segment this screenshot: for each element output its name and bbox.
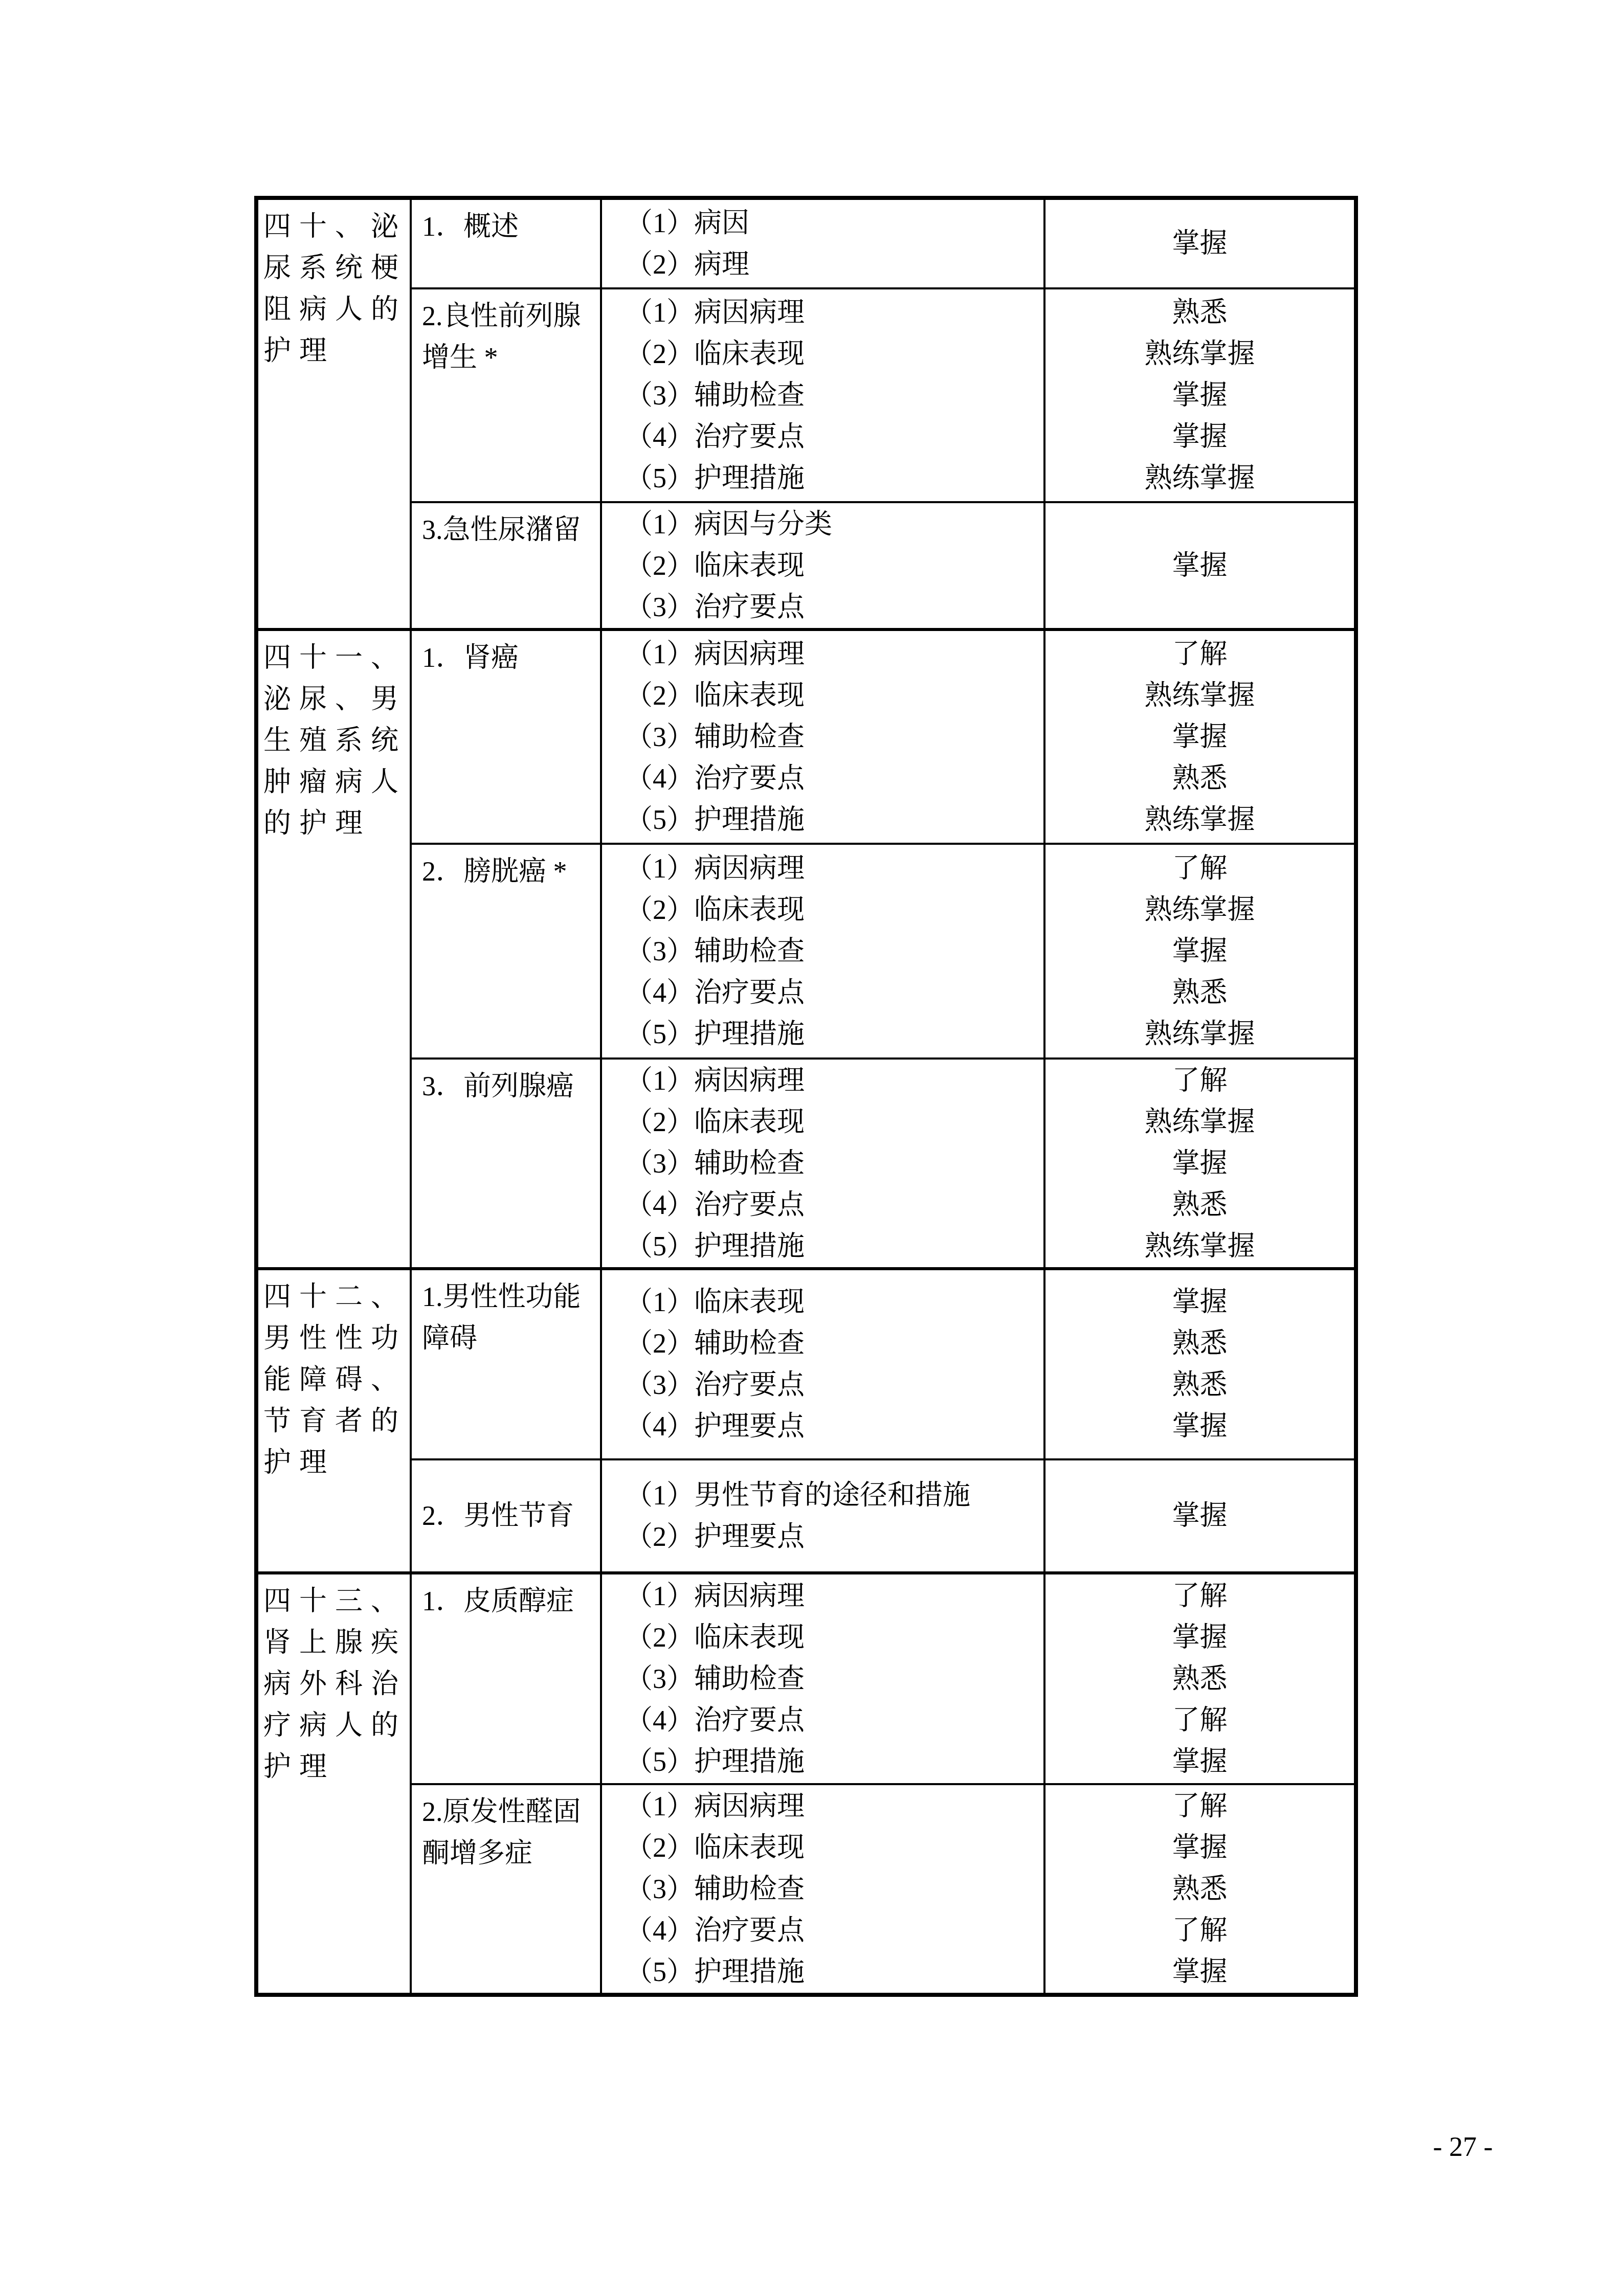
level-line: 掌握 bbox=[1045, 931, 1354, 972]
topic-cell: 2.良性前列腺增生 * bbox=[412, 289, 602, 501]
item-line: （4）治疗要点 bbox=[625, 972, 1038, 1014]
item-line: （4）治疗要点 bbox=[625, 1700, 1038, 1741]
table-row: 2．男性节育 （1）男性节育的途径和措施 （2）护理要点 掌握 bbox=[412, 1458, 1354, 1571]
items-cell: （1）病因与分类 （2）临床表现 （3）治疗要点 bbox=[602, 503, 1045, 628]
item-line: （1）临床表现 bbox=[625, 1281, 1038, 1323]
level-cell: 了解 掌握 熟悉 了解 掌握 bbox=[1045, 1574, 1354, 1783]
level-line: 了解 bbox=[1045, 1786, 1354, 1827]
level-line: 熟悉 bbox=[1045, 1869, 1354, 1910]
table-row: 1．概述 （1）病因 （2）病理 掌握 bbox=[412, 200, 1354, 287]
level-line: 掌握 bbox=[1045, 716, 1354, 758]
items-cell: （1）临床表现 （2）辅助检查 （3）治疗要点 （4）护理要点 bbox=[602, 1270, 1045, 1458]
level-line: 熟练掌握 bbox=[1045, 675, 1354, 716]
table-row: 1.男性性功能障碍 （1）临床表现 （2）辅助检查 （3）治疗要点 （4）护理要… bbox=[412, 1270, 1354, 1458]
item-line: （2）临床表现 bbox=[625, 1101, 1038, 1143]
topic-cell: 3．前列腺癌 bbox=[412, 1060, 602, 1267]
item-line: （2）临床表现 bbox=[625, 1617, 1038, 1658]
level-line: 掌握 bbox=[1045, 1741, 1354, 1783]
item-line: （4）治疗要点 bbox=[625, 416, 1038, 458]
items-cell: （1）病因病理 （2）临床表现 （3）辅助检查 （4）治疗要点 （5）护理措施 bbox=[602, 289, 1045, 501]
item-line: （3）治疗要点 bbox=[625, 587, 1038, 628]
level-line: 熟练掌握 bbox=[1045, 1101, 1354, 1143]
level-line: 掌握 bbox=[1045, 1827, 1354, 1869]
items-cell: （1）病因病理 （2）临床表现 （3）辅助检查 （4）治疗要点 （5）护理措施 bbox=[602, 1574, 1045, 1783]
item-line: （2）临床表现 bbox=[625, 675, 1038, 716]
topic-cell: 1．肾癌 bbox=[412, 631, 602, 843]
level-line: 了解 bbox=[1045, 1060, 1354, 1101]
table-row: 3．前列腺癌 （1）病因病理 （2）临床表现 （3）辅助检查 （4）治疗要点 （… bbox=[412, 1057, 1354, 1267]
section-rows: 1．肾癌 （1）病因病理 （2）临床表现 （3）辅助检查 （4）治疗要点 （5）… bbox=[412, 631, 1354, 1267]
item-line: （5）护理措施 bbox=[625, 1741, 1038, 1783]
item-line: （1）病因病理 bbox=[625, 848, 1038, 889]
item-line: （1）病因病理 bbox=[625, 1786, 1038, 1827]
level-line: 熟悉 bbox=[1045, 758, 1354, 799]
level-line: 掌握 bbox=[1045, 1406, 1354, 1447]
items-cell: （1）病因病理 （2）临床表现 （3）辅助检查 （4）治疗要点 （5）护理措施 bbox=[602, 1060, 1045, 1267]
item-line: （1）男性节育的途径和措施 bbox=[625, 1475, 1038, 1516]
section-rows: 1．概述 （1）病因 （2）病理 掌握 2.良性前列腺增生 * （1）病因病理 … bbox=[412, 200, 1354, 628]
item-line: （3）辅助检查 bbox=[625, 1658, 1038, 1700]
level-line: 熟悉 bbox=[1045, 1323, 1354, 1364]
section-title-cell: 四十、泌尿系统梗阻病人的护理 bbox=[258, 200, 412, 628]
item-line: （1）病因病理 bbox=[625, 1060, 1038, 1101]
level-line: 了解 bbox=[1045, 848, 1354, 889]
item-line: （4）治疗要点 bbox=[625, 758, 1038, 799]
item-line: （4）治疗要点 bbox=[625, 1184, 1038, 1226]
level-line: 熟悉 bbox=[1045, 292, 1354, 333]
level-line: 了解 bbox=[1045, 1700, 1354, 1741]
table-row: 3.急性尿潴留 （1）病因与分类 （2）临床表现 （3）治疗要点 掌握 bbox=[412, 501, 1354, 628]
level-line: 掌握 bbox=[1045, 416, 1354, 458]
table-row: 1．肾癌 （1）病因病理 （2）临床表现 （3）辅助检查 （4）治疗要点 （5）… bbox=[412, 631, 1354, 843]
document-page: 四十、泌尿系统梗阻病人的护理 1．概述 （1）病因 （2）病理 掌握 2.良性前… bbox=[0, 0, 1624, 2296]
topic-cell: 2．膀胱癌 * bbox=[412, 845, 602, 1057]
level-line: 掌握 bbox=[1045, 1951, 1354, 1993]
level-line: 熟练掌握 bbox=[1045, 333, 1354, 375]
table-section: 四十二、男性性功能障碍、节育者的护理 1.男性性功能障碍 （1）临床表现 （2）… bbox=[258, 1267, 1354, 1571]
level-line: 掌握 bbox=[1045, 1617, 1354, 1658]
item-line: （2）临床表现 bbox=[625, 889, 1038, 931]
item-line: （3）辅助检查 bbox=[625, 375, 1038, 416]
item-line: （2）病理 bbox=[625, 244, 1038, 285]
level-line: 掌握 bbox=[1045, 1281, 1354, 1323]
level-cell: 掌握 bbox=[1045, 1460, 1354, 1571]
item-line: （1）病因病理 bbox=[625, 634, 1038, 675]
level-cell: 掌握 bbox=[1045, 200, 1354, 287]
item-line: （2）辅助检查 bbox=[625, 1323, 1038, 1364]
item-line: （2）临床表现 bbox=[625, 1827, 1038, 1869]
table-section: 四十三、肾上腺疾病外科治疗病人的护理 1．皮质醇症 （1）病因病理 （2）临床表… bbox=[258, 1571, 1354, 1993]
topic-cell: 1．皮质醇症 bbox=[412, 1574, 602, 1783]
item-line: （2）临床表现 bbox=[625, 333, 1038, 375]
table-row: 2．膀胱癌 * （1）病因病理 （2）临床表现 （3）辅助检查 （4）治疗要点 … bbox=[412, 843, 1354, 1057]
level-cell: 掌握 bbox=[1045, 503, 1354, 628]
topic-cell: 3.急性尿潴留 bbox=[412, 503, 602, 628]
level-line: 熟练掌握 bbox=[1045, 889, 1354, 931]
items-cell: （1）病因病理 （2）临床表现 （3）辅助检查 （4）治疗要点 （5）护理措施 bbox=[602, 1785, 1045, 1993]
level-line: 熟悉 bbox=[1045, 1184, 1354, 1226]
level-cell: 了解 熟练掌握 掌握 熟悉 熟练掌握 bbox=[1045, 1060, 1354, 1267]
level-line: 掌握 bbox=[1045, 545, 1354, 587]
table-row: 2.原发性醛固酮增多症 （1）病因病理 （2）临床表现 （3）辅助检查 （4）治… bbox=[412, 1783, 1354, 1993]
level-line: 熟练掌握 bbox=[1045, 458, 1354, 499]
level-line: 掌握 bbox=[1045, 1143, 1354, 1184]
level-line: 熟练掌握 bbox=[1045, 799, 1354, 841]
section-title-cell: 四十一、泌尿、男生殖系统肿瘤病人的护理 bbox=[258, 631, 412, 1267]
item-line: （3）辅助检查 bbox=[625, 716, 1038, 758]
item-line: （5）护理措施 bbox=[625, 799, 1038, 841]
level-line: 熟悉 bbox=[1045, 1658, 1354, 1700]
page-number: - 27 - bbox=[1417, 2131, 1509, 2162]
item-line: （1）病因 bbox=[625, 202, 1038, 244]
item-line: （2）临床表现 bbox=[625, 545, 1038, 587]
item-line: （5）护理措施 bbox=[625, 1226, 1038, 1267]
items-cell: （1）病因病理 （2）临床表现 （3）辅助检查 （4）治疗要点 （5）护理措施 bbox=[602, 631, 1045, 843]
section-title-cell: 四十三、肾上腺疾病外科治疗病人的护理 bbox=[258, 1574, 412, 1993]
item-line: （1）病因病理 bbox=[625, 1575, 1038, 1617]
item-line: （4）护理要点 bbox=[625, 1406, 1038, 1447]
level-line: 熟悉 bbox=[1045, 972, 1354, 1014]
item-line: （5）护理措施 bbox=[625, 458, 1038, 499]
item-line: （3）辅助检查 bbox=[625, 1143, 1038, 1184]
item-line: （3）辅助检查 bbox=[625, 1869, 1038, 1910]
section-rows: 1．皮质醇症 （1）病因病理 （2）临床表现 （3）辅助检查 （4）治疗要点 （… bbox=[412, 1574, 1354, 1993]
level-cell: 了解 熟练掌握 掌握 熟悉 熟练掌握 bbox=[1045, 845, 1354, 1057]
items-cell: （1）男性节育的途径和措施 （2）护理要点 bbox=[602, 1460, 1045, 1571]
item-line: （1）病因与分类 bbox=[625, 504, 1038, 545]
table-section: 四十一、泌尿、男生殖系统肿瘤病人的护理 1．肾癌 （1）病因病理 （2）临床表现… bbox=[258, 628, 1354, 1267]
item-line: （3）辅助检查 bbox=[625, 931, 1038, 972]
topic-cell: 2.原发性醛固酮增多症 bbox=[412, 1785, 602, 1993]
level-line: 掌握 bbox=[1045, 223, 1354, 264]
item-line: （5）护理措施 bbox=[625, 1014, 1038, 1055]
level-cell: 熟悉 熟练掌握 掌握 掌握 熟练掌握 bbox=[1045, 289, 1354, 501]
table-section: 四十、泌尿系统梗阻病人的护理 1．概述 （1）病因 （2）病理 掌握 2.良性前… bbox=[258, 200, 1354, 628]
level-cell: 了解 掌握 熟悉 了解 掌握 bbox=[1045, 1785, 1354, 1993]
level-line: 了解 bbox=[1045, 1910, 1354, 1951]
item-line: （2）护理要点 bbox=[625, 1516, 1038, 1558]
section-title-cell: 四十二、男性性功能障碍、节育者的护理 bbox=[258, 1270, 412, 1571]
level-line: 了解 bbox=[1045, 634, 1354, 675]
level-line: 熟练掌握 bbox=[1045, 1014, 1354, 1055]
level-cell: 掌握 熟悉 熟悉 掌握 bbox=[1045, 1270, 1354, 1458]
item-line: （3）治疗要点 bbox=[625, 1364, 1038, 1406]
table-row: 2.良性前列腺增生 * （1）病因病理 （2）临床表现 （3）辅助检查 （4）治… bbox=[412, 287, 1354, 501]
level-line: 掌握 bbox=[1045, 375, 1354, 416]
topic-cell: 1．概述 bbox=[412, 200, 602, 287]
item-line: （4）治疗要点 bbox=[625, 1910, 1038, 1951]
syllabus-table: 四十、泌尿系统梗阻病人的护理 1．概述 （1）病因 （2）病理 掌握 2.良性前… bbox=[254, 196, 1358, 1997]
level-line: 了解 bbox=[1045, 1575, 1354, 1617]
table-row: 1．皮质醇症 （1）病因病理 （2）临床表现 （3）辅助检查 （4）治疗要点 （… bbox=[412, 1574, 1354, 1783]
level-line: 熟练掌握 bbox=[1045, 1226, 1354, 1267]
topic-cell: 1.男性性功能障碍 bbox=[412, 1270, 602, 1458]
level-line: 掌握 bbox=[1045, 1495, 1354, 1537]
topic-cell: 2．男性节育 bbox=[412, 1460, 602, 1571]
level-cell: 了解 熟练掌握 掌握 熟悉 熟练掌握 bbox=[1045, 631, 1354, 843]
items-cell: （1）病因 （2）病理 bbox=[602, 200, 1045, 287]
section-rows: 1.男性性功能障碍 （1）临床表现 （2）辅助检查 （3）治疗要点 （4）护理要… bbox=[412, 1270, 1354, 1571]
item-line: （1）病因病理 bbox=[625, 292, 1038, 333]
level-line: 熟悉 bbox=[1045, 1364, 1354, 1406]
item-line: （5）护理措施 bbox=[625, 1951, 1038, 1993]
items-cell: （1）病因病理 （2）临床表现 （3）辅助检查 （4）治疗要点 （5）护理措施 bbox=[602, 845, 1045, 1057]
